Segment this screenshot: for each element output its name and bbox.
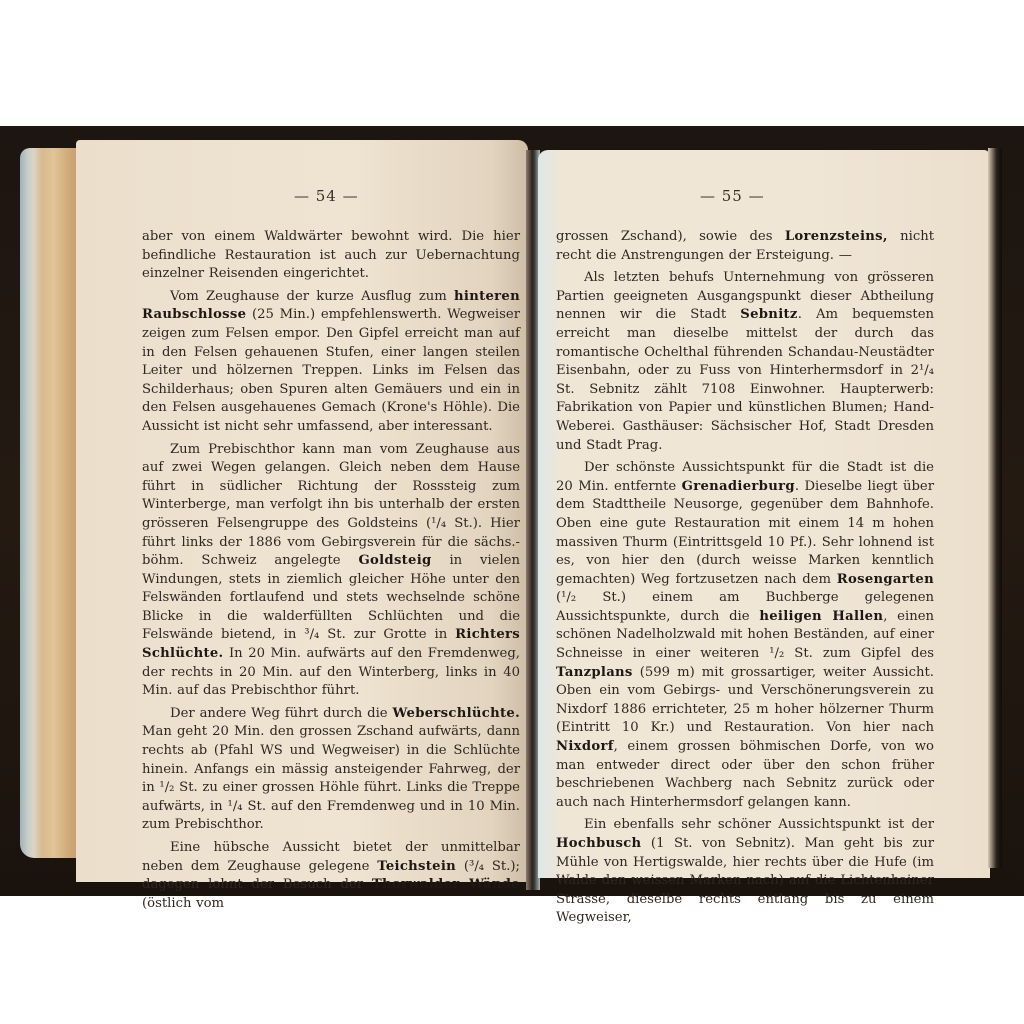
text-run: Vom Zeughause der kurze Ausflug zum (170, 289, 454, 304)
bold-place-name: Thorwalder Wände (372, 877, 520, 892)
book-page-edges-left (20, 148, 78, 858)
book-cover-edge-right (988, 148, 1002, 868)
bold-place-name: Hochbusch (556, 836, 641, 851)
bold-place-name: Tanzplans (556, 665, 633, 680)
right-page-number: — 55 — (700, 187, 765, 205)
paragraph: Zum Prebischthor kann man vom Zeughause … (142, 441, 520, 701)
text-run: . Dieselbe liegt über dem Stadttheile Ne… (556, 479, 934, 587)
paragraph: Ein ebenfalls sehr schöner Aussichtspunk… (556, 816, 934, 928)
bold-place-name: Sebnitz (740, 307, 797, 322)
paragraph: Als letzten behufs Unternehmung von grös… (556, 269, 934, 455)
text-run: , einem grossen böhmischen Dorfe, von wo… (556, 739, 934, 810)
bold-place-name: Goldsteig (358, 553, 431, 568)
text-run: . Am bequemsten erreicht man dieselbe mi… (556, 307, 934, 452)
bold-place-name: Rosengarten (837, 572, 934, 587)
text-run: aber von einem Waldwärter bewohnt wird. … (142, 229, 520, 281)
text-run: Zum Prebischthor kann man vom Zeughause … (142, 442, 520, 569)
text-run: Der andere Weg führt durch die (170, 706, 392, 721)
bold-place-name: Teichstein (377, 859, 456, 874)
paragraph: Vom Zeughause der kurze Ausflug zum hint… (142, 288, 520, 437)
left-page-number: — 54 — (294, 187, 359, 205)
paragraph: Der andere Weg führt durch die Weberschl… (142, 705, 520, 835)
paragraph: Der schönste Aussichtspunkt für die Stad… (556, 459, 934, 812)
bold-place-name: Lorenzsteins, (785, 229, 888, 244)
text-run: grossen Zschand), sowie des (556, 229, 785, 244)
right-page-body: grossen Zschand), sowie des Lorenzsteins… (556, 228, 934, 928)
bold-place-name: Grenadierburg (682, 479, 795, 494)
left-page-body: aber von einem Waldwärter bewohnt wird. … (142, 228, 520, 913)
text-run: Ein ebenfalls sehr schöner Aussichtspunk… (584, 817, 934, 832)
text-run: (25 Min.) empfehlenswerth. Wegweiser zei… (142, 307, 520, 434)
paragraph: grossen Zschand), sowie des Lorenzsteins… (556, 228, 934, 265)
bold-place-name: Nixdorf (556, 739, 614, 754)
paragraph: aber von einem Waldwärter bewohnt wird. … (142, 228, 520, 284)
text-run: (östlich vom (142, 896, 224, 911)
paragraph: Eine hübsche Aussicht bietet der unmitte… (142, 839, 520, 913)
bold-place-name: heiligen Hallen (759, 609, 883, 624)
bold-place-name: Weberschlüchte. (392, 706, 520, 721)
text-run: Man geht 20 Min. den grossen Zschand auf… (142, 724, 520, 832)
